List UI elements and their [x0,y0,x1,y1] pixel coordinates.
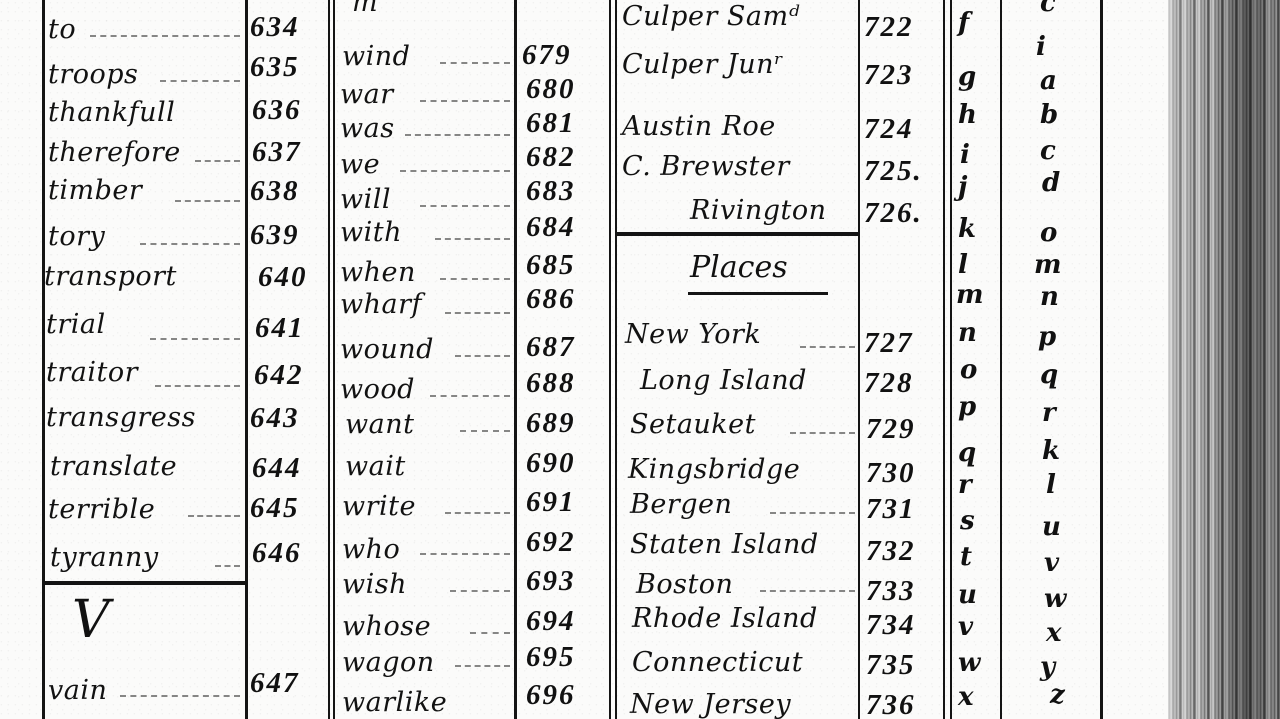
leader-dots [445,312,510,314]
word-entry: will [340,185,391,215]
leader-dots [400,170,510,172]
code-number: 691 [526,487,576,517]
plain-letter: t [960,542,972,572]
column-rule [1000,0,1002,719]
plain-letter: x [958,682,974,712]
word-entry: transport [44,262,177,292]
code-number: 646 [252,538,302,568]
code-number: 635 [250,52,300,82]
word-entry: when [340,258,416,288]
cipher-letter: p [1038,322,1056,352]
code-number: 679 [522,40,572,70]
code-number: 689 [526,408,576,438]
place-entry: New York [625,320,761,350]
word-entry: wait [345,452,406,482]
plain-letter: s [960,506,975,536]
plain-letter: l [958,250,968,280]
word-entry: tory [48,222,105,252]
word-entry: wagon [342,648,435,678]
code-number: 636 [252,95,302,125]
word-entry: who [342,535,400,565]
code-number: 693 [526,566,576,596]
column-rule [42,0,45,719]
cipher-letter: w [1044,584,1066,614]
code-number: 643 [250,403,300,433]
section-heading-v: V [72,590,110,650]
name-entry: C. Brewster [622,152,790,182]
place-entry: Setauket [630,410,756,440]
word-entry: traitor [46,358,138,388]
code-number: 696 [526,680,576,710]
code-number: 640 [258,262,308,292]
plain-letter: n [958,318,977,348]
code-number: 687 [526,332,576,362]
column-rule [943,0,945,719]
leader-dots [188,515,240,517]
word-entry: wind [342,42,410,72]
place-entry: Connecticut [632,648,803,678]
code-number: 725. [864,156,923,186]
cipher-letter: u [1042,512,1061,542]
section-divider [617,232,860,236]
cipher-letter: o [1040,218,1057,248]
leader-dots [140,243,240,245]
leader-dots [455,665,510,667]
code-number: 685 [526,250,576,280]
plain-letter: r [958,470,972,500]
code-number: 731 [866,494,916,524]
column-rule [615,0,617,719]
name-entry: Rivington [690,196,827,226]
leader-dots [770,512,855,514]
name-entry: Culper Samᵈ [622,2,800,32]
code-number: 647 [250,668,300,698]
word-entry: want [345,410,414,440]
code-number: 723 [864,60,914,90]
code-number: 732 [866,536,916,566]
places-heading: Places [690,250,788,285]
leader-dots [155,385,240,387]
plain-letter: o [960,355,977,385]
plain-letter: j [958,172,967,202]
column-rule [333,0,335,719]
cipher-letter: x [1046,618,1062,648]
leader-dots [90,35,240,37]
code-number: 695 [526,642,576,672]
code-number: 733 [866,576,916,606]
cipher-letter: i [1036,32,1046,62]
code-number: 644 [252,453,302,483]
leader-dots [450,590,510,592]
code-number: 638 [250,176,300,206]
name-entry: Austin Roe [622,112,776,142]
code-number: 637 [252,137,302,167]
code-number: 730 [866,458,916,488]
cipher-letter: c [1040,136,1056,166]
heading-underline [688,292,828,295]
cipher-letter: y [1040,652,1055,682]
cipher-letter: c [1040,0,1056,18]
name-entry: Culper Junʳ [622,50,784,80]
leader-dots [800,346,855,348]
plain-letter: w [958,648,980,678]
cipher-letter: k [1042,436,1060,466]
plain-letter: v [958,612,973,642]
leader-dots [150,338,240,340]
word-entry: wound [340,335,434,365]
code-number: 728 [864,368,914,398]
plain-letter: f [958,8,969,38]
column-rule [245,0,248,719]
plain-letter: h [958,100,977,130]
code-number: 634 [250,12,300,42]
leader-dots [195,160,240,162]
place-entry: New Jersey [630,690,791,719]
code-number: 729 [866,414,916,444]
leader-dots [420,553,510,555]
code-number: 735 [866,650,916,680]
word-entry: timber [48,176,142,206]
plain-letter: k [958,214,976,244]
code-number: 686 [526,284,576,314]
leader-dots [470,632,510,634]
place-entry: Staten Island [630,530,819,560]
leader-dots [175,200,240,202]
book-page-edges [1168,0,1280,719]
cipher-letter: b [1040,100,1058,130]
column-header-fragment: m [352,0,378,18]
code-number: 736 [866,690,916,719]
word-entry: transgress [46,403,196,433]
leader-dots [440,278,510,280]
plain-letter: g [958,62,976,92]
word-entry: to [48,15,76,45]
cipher-letter: l [1046,470,1056,500]
leader-dots [160,80,240,82]
word-entry: tyranny [50,543,159,573]
word-entry: thankfull [48,98,175,128]
word-entry: vain [48,676,107,706]
leader-dots [760,590,855,592]
code-number: 681 [526,108,576,138]
leader-dots [420,205,510,207]
plain-letter: m [956,280,984,310]
cipher-letter: z [1050,680,1065,710]
leader-dots [445,512,510,514]
code-number: 639 [250,220,300,250]
column-rule [328,0,330,719]
column-rule [514,0,517,719]
plain-letter: p [958,392,976,422]
word-entry: write [342,492,416,522]
word-entry: warlike [342,688,447,718]
word-entry: terrible [48,495,155,525]
code-number: 684 [526,212,576,242]
code-number: 724 [864,114,914,144]
code-number: 683 [526,176,576,206]
section-divider [44,581,247,585]
leader-dots [120,695,240,697]
word-entry: wharf [340,290,422,320]
leader-dots [430,395,510,397]
column-rule [858,0,860,719]
leader-dots [420,100,510,102]
place-entry: Kingsbridge [628,455,800,485]
word-entry: troops [48,60,138,90]
plain-letter: q [958,438,976,468]
word-entry: was [340,114,395,144]
leader-dots [215,565,240,567]
codebook-page: to troops thankfull therefore timber tor… [0,0,1280,719]
code-number: 726. [864,198,923,228]
word-entry: we [340,150,380,180]
leader-dots [405,134,510,136]
code-number: 727 [864,328,914,358]
leader-dots [460,430,510,432]
column-rule [1100,0,1103,719]
word-entry: war [340,80,394,110]
cipher-letter: m [1034,250,1062,280]
place-entry: Rhode Island [632,604,818,634]
cipher-letter: v [1044,548,1059,578]
word-entry: whose [342,612,431,642]
code-number: 641 [255,313,305,343]
leader-dots [435,238,510,240]
word-entry: translate [50,452,177,482]
place-entry: Boston [636,570,733,600]
leader-dots [455,355,510,357]
place-entry: Bergen [630,490,732,520]
code-number: 734 [866,610,916,640]
code-number: 680 [526,74,576,104]
code-number: 688 [526,368,576,398]
code-number: 690 [526,448,576,478]
leader-dots [440,62,510,64]
cipher-letter: n [1040,282,1059,312]
cipher-letter: d [1042,168,1060,198]
code-number: 645 [250,493,300,523]
code-number: 682 [526,142,576,172]
column-rule [950,0,952,719]
leader-dots [790,432,855,434]
plain-letter: i [960,140,970,170]
word-entry: wood [340,375,415,405]
cipher-letter: q [1040,360,1058,390]
code-number: 692 [526,527,576,557]
word-entry: therefore [48,138,181,168]
column-rule [609,0,611,719]
code-number: 642 [254,360,304,390]
place-entry: Long Island [640,366,807,396]
cipher-letter: r [1042,398,1056,428]
code-number: 722 [864,12,914,42]
cipher-letter: a [1040,66,1057,96]
code-number: 694 [526,606,576,636]
plain-letter: u [958,580,977,610]
word-entry: with [340,218,402,248]
word-entry: wish [342,570,407,600]
word-entry: trial [46,310,106,340]
